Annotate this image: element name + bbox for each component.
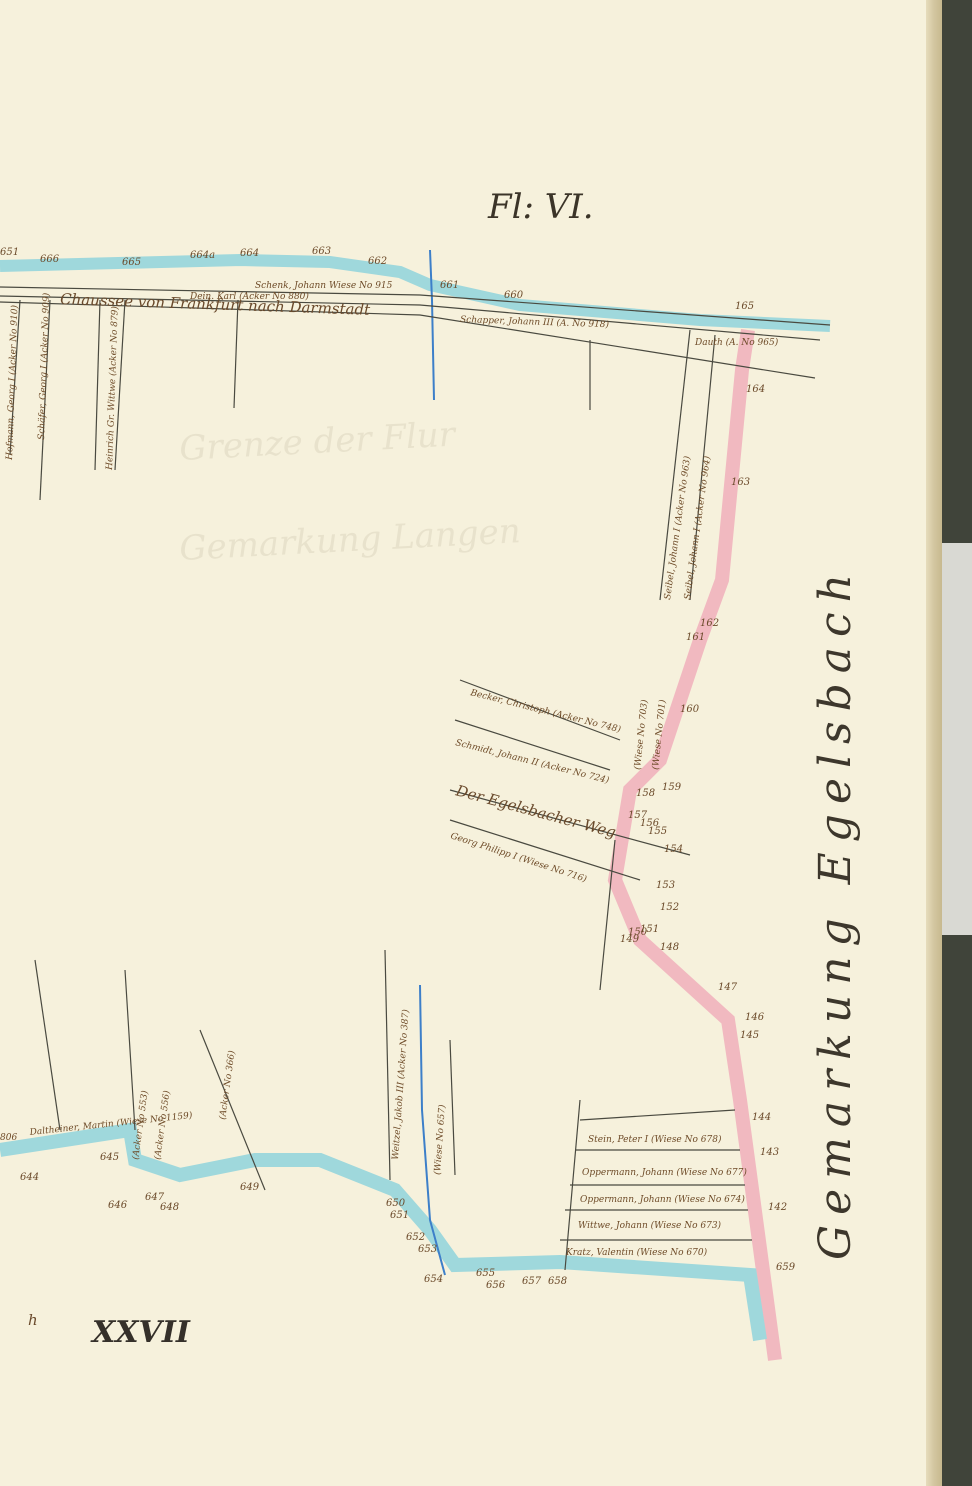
- parcel-label: (Acker No 366): [217, 1049, 238, 1120]
- point-155: 155: [648, 826, 667, 837]
- point-655: 655: [476, 1268, 495, 1279]
- parcel-label: Dauth (A. No 965): [694, 337, 779, 348]
- point-651-south: 651: [390, 1210, 409, 1221]
- point-146: 146: [745, 1012, 765, 1023]
- point-152: 152: [660, 902, 679, 913]
- point-653: 653: [418, 1244, 437, 1255]
- parcel-label: 806: [0, 1133, 17, 1143]
- parcel-label: Dein. Karl (Acker No 880): [189, 291, 309, 302]
- point-646: 646: [108, 1200, 128, 1211]
- point-163: 163: [731, 477, 750, 488]
- point-165: 165: [735, 301, 754, 312]
- point-160: 160: [680, 704, 700, 715]
- parcel-label: (Wiese No 657): [432, 1104, 448, 1176]
- parcel-label: Wittwe, Johann (Wiese No 673): [578, 1220, 722, 1231]
- point-143: 143: [760, 1147, 779, 1158]
- stream: [430, 250, 434, 400]
- parcel-label: Heinrich Gr. Wittwe (Acker No 879): [104, 305, 121, 471]
- point-665: 665: [122, 257, 141, 268]
- point-649: 649: [240, 1182, 260, 1193]
- point-144: 144: [752, 1112, 771, 1123]
- parcel-label: Hofmann, Georg I (Acker No 910): [4, 304, 20, 461]
- point-657: 657: [522, 1276, 542, 1287]
- parcel-label: Weitzel, Jakob III (Acker No 387): [390, 1008, 412, 1160]
- point-664a: 664a: [190, 250, 215, 261]
- ghost-text-2: Gemarkung Langen: [178, 511, 521, 569]
- point-161: 161: [686, 632, 705, 643]
- point-660: 660: [504, 290, 524, 301]
- point-664: 664: [240, 248, 259, 259]
- point-147: 147: [718, 982, 738, 993]
- sheet-title: Fl: VI.: [487, 187, 594, 227]
- parcel-label: Becker, Christoph (Acker No 748): [468, 687, 622, 735]
- east-district-boundary: [615, 330, 775, 1360]
- parcel-label: Stein, Peter I (Wiese No 678): [588, 1134, 722, 1145]
- point-663: 663: [312, 246, 331, 257]
- point-164: 164: [746, 384, 765, 395]
- parcel-label: Kratz, Valentin (Wiese No 670): [565, 1247, 708, 1258]
- point-666: 666: [40, 254, 60, 265]
- parcel-label: Schäfer, Georg I (Acker No 909): [36, 292, 52, 440]
- ghost-text-1: Grenze der Flur: [178, 415, 457, 469]
- point-154: 154: [664, 844, 683, 855]
- bookmark-tab: [942, 543, 972, 935]
- point-650: 650: [386, 1198, 406, 1209]
- point-656: 656: [486, 1280, 506, 1291]
- parcel-label: Oppermann, Johann (Wiese No 677): [582, 1167, 747, 1178]
- point-654: 654: [424, 1274, 443, 1285]
- point-651: 651: [0, 247, 19, 258]
- point-661: 661: [440, 280, 459, 291]
- neighbor-district-label: Gemarkung Egelsbach: [810, 564, 861, 1260]
- parcel-label: Oppermann, Johann (Wiese No 674): [580, 1194, 745, 1205]
- point-159: 159: [662, 782, 682, 793]
- point-644: 644: [20, 1172, 39, 1183]
- side-road-label: Der Egelsbacher Weg: [453, 781, 618, 841]
- point-153: 153: [656, 880, 675, 891]
- point-162: 162: [700, 618, 719, 629]
- point-148: 148: [660, 942, 679, 953]
- parcel-label: (Wiese No 703): [632, 699, 650, 771]
- point-658: 658: [548, 1276, 567, 1287]
- point-142: 142: [768, 1202, 787, 1213]
- cadastral-map: Grenze der Flur Gemarkung Langen: [0, 0, 930, 1486]
- point-145: 145: [740, 1030, 759, 1041]
- point-652: 652: [406, 1232, 425, 1243]
- section-number: XXVII: [90, 1315, 191, 1350]
- point-648: 648: [160, 1202, 179, 1213]
- point-645: 645: [100, 1152, 119, 1163]
- point-158: 158: [636, 788, 655, 799]
- point-149: 149: [620, 934, 640, 945]
- parcel-label: Schenk, Johann Wiese No 915: [255, 281, 393, 291]
- left-edge-fragment: h: [28, 1311, 38, 1329]
- point-662: 662: [368, 256, 387, 267]
- point-659: 659: [776, 1262, 796, 1273]
